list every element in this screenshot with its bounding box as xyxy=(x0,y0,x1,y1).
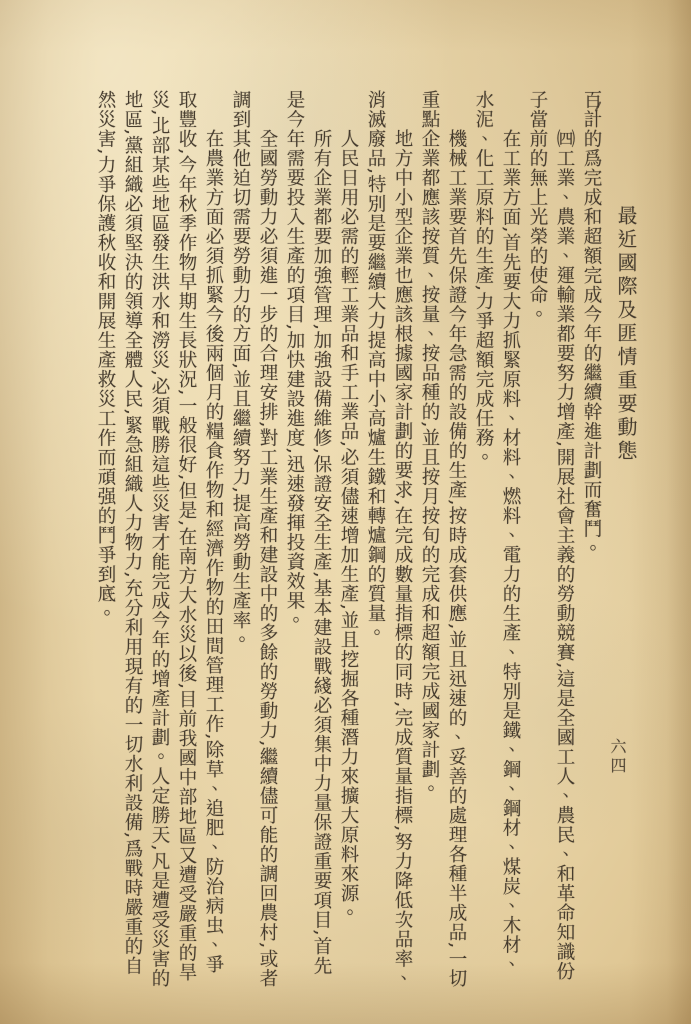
paragraph: 所有企業都要加強管理,加強設備維修,保證安全生產,基本建設戰綫必須集中力量保證重… xyxy=(281,90,335,990)
paragraph: 地方中小型企業也應該根據國家計劃的要求,在完成數量指標的同時,完成質量指標,努力… xyxy=(362,90,416,990)
page-number: 六四 xyxy=(606,738,629,776)
page-text-flow: 最近國際及匪情重要動態 百計的爲完成和超額完成今年的繼續幹進計劃而奮鬥。 ㈣工業… xyxy=(89,90,641,990)
paragraph: 人民日用必需的輕工業品和手工業品,必須儘速增加生產,並且挖掘各種潛力來擴大原料來… xyxy=(335,90,362,990)
paragraph: 百計的爲完成和超額完成今年的繼續幹進計劃而奮鬥。 xyxy=(578,90,605,990)
running-title: 最近國際及匪情重要動態 xyxy=(611,90,641,990)
paragraph: 全國勞動力必須進一步的合理安排,對工業生產和建設中的多餘的勞動力,繼續儘可能的調… xyxy=(227,90,281,990)
paragraph: 機械工業要首先保證今年急需的設備的生產,按時成套供應,並且迅速的、妥善的處理各種… xyxy=(416,90,470,990)
paragraph: 在工業方面,首先要大力抓緊原料、材料、燃料、電力的生產、特別是鐵、鋼、鋼材、煤炭… xyxy=(470,90,524,990)
scanned-page: 最近國際及匪情重要動態 百計的爲完成和超額完成今年的繼續幹進計劃而奮鬥。 ㈣工業… xyxy=(0,0,691,1024)
paragraph: 在農業方面必須抓緊今後兩個月的糧食作物和經濟作物的田間管理工作,除草、追肥、防治… xyxy=(92,90,227,990)
paragraph: ㈣工業、農業、運輸業都要努力增產,開展社會主義的勞動競賽,這是全國工人、農民、和… xyxy=(524,90,578,990)
